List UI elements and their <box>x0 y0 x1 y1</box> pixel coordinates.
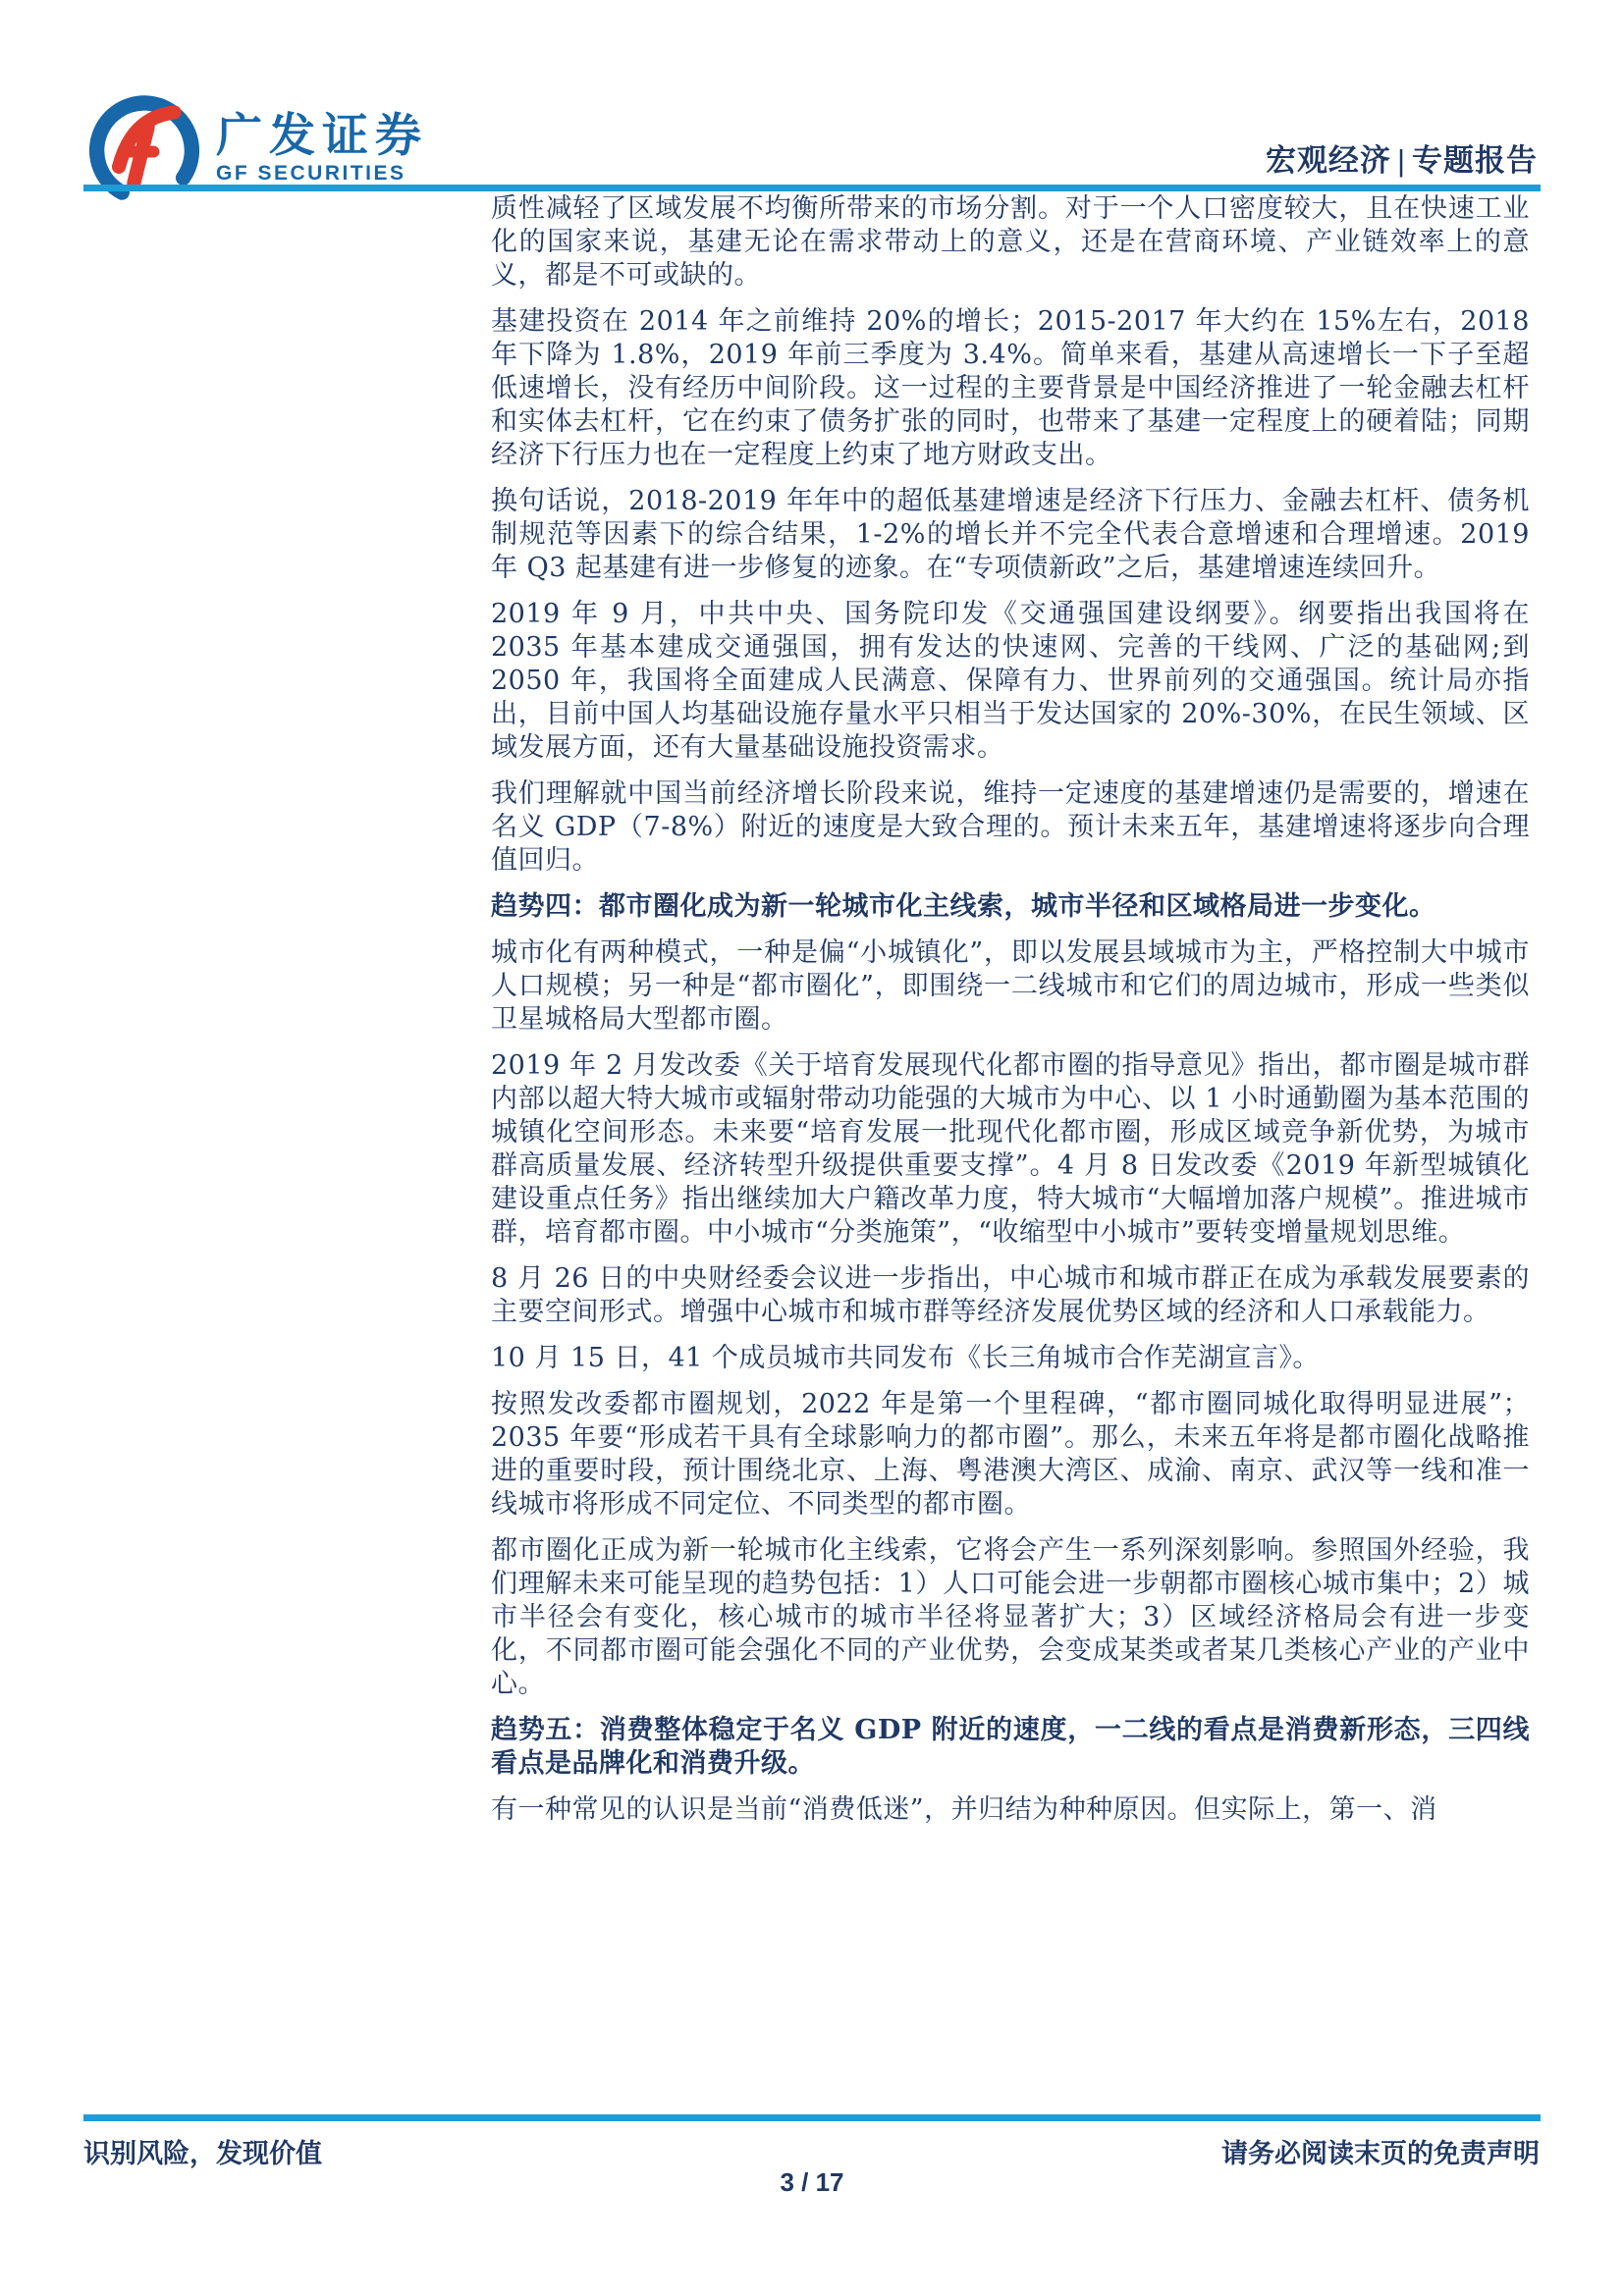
paragraph: 城市化有两种模式，一种是偏“小城镇化”，即以发展县域城市为主，严格控制大中城市人… <box>491 936 1530 1037</box>
paragraph: 8 月 26 日的中央财经委会议进一步指出，中心城市和城市群正在成为承载发展要素… <box>491 1262 1530 1329</box>
report-kind: 专题报告 <box>1412 143 1538 178</box>
report-page: 广发证券 GF SECURITIES 宏观经济|专题报告 质性减轻了区域发展不均… <box>0 0 1624 2296</box>
page-number: 3 / 17 <box>0 2167 1624 2198</box>
paragraph: 2019 年 2 月发改委《关于培育发展现代化都市圈的指导意见》指出，都市圈是城… <box>491 1049 1530 1250</box>
paragraph: 质性减轻了区域发展不均衡所带来的市场分割。对于一个人口密度较大，且在快速工业化的… <box>491 192 1530 293</box>
section-heading: 趋势四：都市圈化成为新一轮城市化主线索，城市半径和区域格局进一步变化。 <box>491 890 1530 924</box>
logo-name-en: GF SECURITIES <box>216 161 428 187</box>
category-separator: | <box>1391 143 1412 178</box>
section-heading: 趋势五：消费整体稳定于名义 GDP 附近的速度，一二线的看点是消费新形态，三四线… <box>491 1714 1530 1781</box>
paragraph: 都市圈化正成为新一轮城市化主线索，它将会产生一系列深刻影响。参照国外经验，我们理… <box>491 1534 1530 1701</box>
report-type: 宏观经济 <box>1266 143 1391 178</box>
paragraph: 10 月 15 日，41 个成员城市共同发布《长三角城市合作芜湖宣言》。 <box>491 1342 1530 1375</box>
paragraph: 基建投资在 2014 年之前维持 20%的增长；2015-2017 年大约在 1… <box>491 305 1530 472</box>
paragraph: 换句话说，2018-2019 年年中的超低基建增速是经济下行压力、金融去杠杆、债… <box>491 485 1530 585</box>
paragraph: 我们理解就中国当前经济增长阶段来说，维持一定速度的基建增速仍是需要的，增速在名义… <box>491 777 1530 878</box>
paragraph: 2019 年 9 月，中共中央、国务院印发《交通强国建设纲要》。纲要指出我国将在… <box>491 598 1530 765</box>
report-category: 宏观经济|专题报告 <box>1266 135 1538 180</box>
logo-name-cn: 广发证券 <box>216 110 428 161</box>
paragraph: 按照发改委都市圈规划，2022 年是第一个里程碑，“都市圈同城化取得明显进展”；… <box>491 1388 1530 1522</box>
footer-disclaimer-note: 请务必阅读末页的免责声明 <box>1221 2132 1540 2170</box>
footer-divider <box>83 2114 1541 2121</box>
report-body: 质性减轻了区域发展不均衡所带来的市场分割。对于一个人口密度较大，且在快速工业化的… <box>491 192 1530 1840</box>
header-divider <box>83 185 1541 191</box>
paragraph: 有一种常见的认识是当前“消费低迷”，并归结为种种原因。但实际上，第一、消 <box>491 1793 1530 1827</box>
footer-slogan: 识别风险，发现价值 <box>83 2132 322 2170</box>
